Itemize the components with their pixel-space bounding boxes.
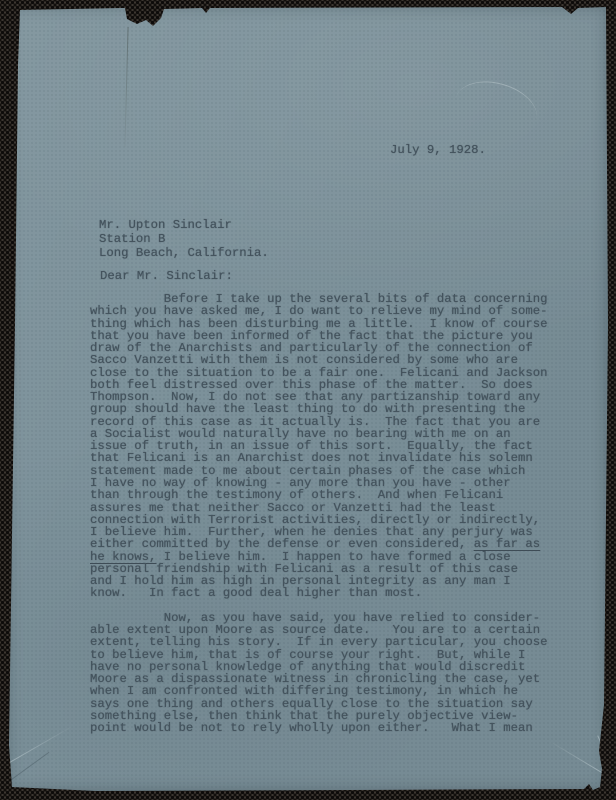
recipient-address-block: Mr. Upton Sinclair Station B Long Beach,… [99, 218, 269, 260]
paper-crease-bottom-right [549, 741, 611, 779]
recipient-city: Long Beach, California. [99, 246, 269, 260]
recipient-station: Station B [99, 232, 269, 246]
paper-crease-below-tear [124, 27, 128, 147]
letter-body: Before I take up the several bits of dat… [90, 293, 548, 735]
letter-line: point would be not to rely wholly upon e… [90, 722, 548, 734]
paper-crease-bottom-left-2 [7, 752, 50, 783]
letter-paragraph: Before I take up the several bits of dat… [90, 293, 548, 600]
text-segment: point would be not to rely wholly upon e… [90, 721, 533, 735]
salutation: Dear Mr. Sinclair: [100, 269, 233, 283]
paper-scratch [448, 72, 543, 146]
paper-fold-right-edge [597, 735, 608, 759]
scan-background: { "colors": { "paper": "#7d929b", "backg… [0, 0, 616, 800]
letter-line: know. In fact a good deal higher than mo… [90, 587, 548, 599]
letter-page: July 9, 1928. Mr. Upton Sinclair Station… [6, 5, 608, 792]
letter-paragraph: Now, as you have said, you have relied t… [90, 612, 548, 735]
recipient-name: Mr. Upton Sinclair [99, 218, 269, 232]
letter-date: July 9, 1928. [390, 143, 486, 157]
paper-crease-bottom-left [3, 725, 75, 767]
text-segment: know. In fact a good deal higher than mo… [90, 586, 422, 600]
